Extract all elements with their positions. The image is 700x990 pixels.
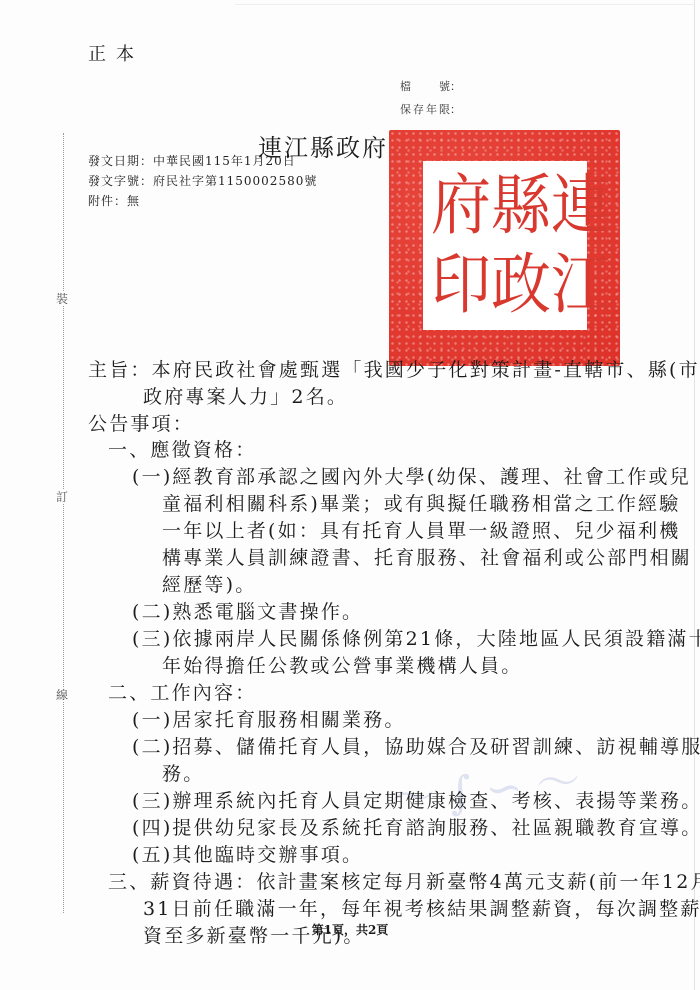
seal-inner-field: 府 縣 連 印 政 江	[423, 161, 587, 330]
official-seal: 府 縣 連 印 政 江	[389, 130, 620, 366]
seal-char: 府	[431, 163, 491, 249]
issue-date: 發文日期：中華民國115年1月20日	[88, 152, 296, 169]
seal-char: 江	[551, 242, 611, 328]
notice-heading: 公告事項：	[88, 412, 194, 436]
binding-label-xian: 線	[56, 688, 68, 702]
attachments: 附件：無	[88, 192, 140, 209]
page-number: 第1頁，共2頁	[0, 921, 700, 938]
list-item-continuation: 年始得擔任公教或公營事業機構人員。	[162, 654, 522, 678]
list-item-continuation: 務。	[162, 762, 204, 786]
subject-line: 政府專案人力」2名。	[143, 385, 348, 409]
copy-mark: 正本	[88, 40, 144, 66]
section-heading: 二、工作內容：	[108, 681, 256, 705]
binding-dotted-line	[63, 133, 64, 913]
list-item-continuation: 一年以上者(如：具有托育人員單一級證照、兒少福利機	[162, 519, 680, 543]
issue-number: 發文字號：府民社字第1150002580號	[88, 172, 317, 189]
retention-label: 保存年限	[400, 101, 450, 117]
list-item: (三)依據兩岸人民關係條例第21條，大陸地區人民須設籍滿十	[132, 627, 700, 651]
section-heading: 三、薪資待遇：依計畫案核定每月新臺幣4萬元支薪(前一年12月	[108, 870, 700, 894]
list-item-continuation: 童福利相關科系)畢業；或有與擬任職務相當之工作經驗	[162, 492, 680, 516]
list-item: (一)居家托育服務相關業務。	[132, 708, 406, 732]
section-heading: 一、應徵資格：	[108, 438, 256, 462]
seal-char: 縣	[491, 163, 551, 249]
list-item: (一)經教育部承認之國內外大學(幼保、護理、社會工作或兒	[132, 465, 691, 489]
seal-char: 政	[491, 242, 551, 328]
list-item: (三)辦理系統內托育人員定期健康檢查、考核、表揚等業務。	[132, 789, 700, 813]
retention-field: 保存年限：	[400, 101, 461, 117]
list-item: (五)其他臨時交辦事項。	[132, 843, 363, 867]
file-number-field: 檔 號：	[400, 78, 461, 94]
scan-edge-line	[235, 4, 695, 5]
seal-char: 印	[431, 242, 491, 328]
subject-line: 主旨：本府民政社會處甄選「我國少子化對策計畫-直轄市、縣(市)	[88, 358, 700, 382]
binding-label-zhuang: 裝	[56, 292, 68, 306]
scan-edge-line	[694, 0, 695, 990]
document-page: 正本 檔 號： 保存年限： 連江縣政府 公告 裝 訂 線 發文日期：中華民國11…	[0, 0, 700, 990]
list-item-continuation: 經歷等)。	[162, 573, 256, 597]
list-item: (四)提供幼兒家長及系統托育諮詢服務、社區親職教育宣導。	[132, 816, 700, 840]
binding-label-ding: 訂	[56, 490, 68, 504]
list-item: (二)招募、儲備托育人員，協助媒合及研習訓練、訪視輔導服	[132, 735, 700, 759]
file-number-label: 檔 號	[400, 78, 450, 94]
section-continuation: 31日前任職滿一年，每年視考核結果調整薪資，每次調整薪	[143, 897, 700, 921]
list-item-continuation: 構專業人員訓練證書、托育服務、社會福利或公部門相關	[162, 546, 692, 570]
seal-char: 連	[551, 163, 611, 249]
list-item: (二)熟悉電腦文書操作。	[132, 600, 363, 624]
